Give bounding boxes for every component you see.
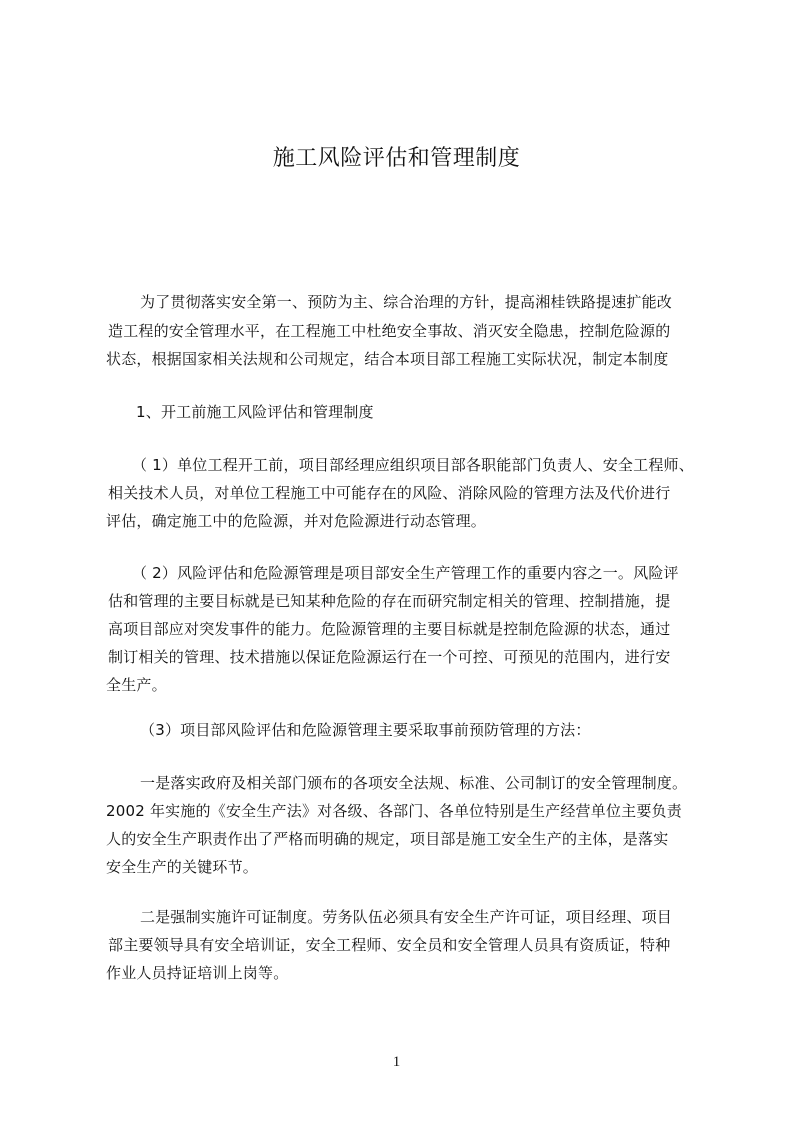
text-line: 二是强制实施许可证制度。劳务队伍必须具有安全生产许可证，项目经理、项目: [140, 906, 672, 927]
text-line: 为了贯彻落实安全第一、预防为主、综合治理的方针，提高湘桂铁路提速扩能改: [140, 291, 672, 312]
text-line: 状态，根据国家相关法规和公司规定，结合本项目部工程施工实际状况，制定本制度: [106, 348, 668, 369]
text-line: 人的安全生产职责作出了严格而明确的规定，项目部是施工安全生产的主体，是落实: [106, 828, 668, 849]
text-line: 安全生产的关键环节。: [106, 856, 258, 877]
text-line: 一是落实政府及相关部门颁布的各项安全法规、标准、公司制订的安全管理制度。: [140, 772, 687, 793]
text-line: 高项目部应对突发事件的能力。危险源管理的主要目标就是控制危险源的状态，通过: [108, 618, 670, 639]
text-line: （ 2）风险评估和危险源管理是项目部安全生产管理工作的重要内容之一。风险评: [132, 562, 679, 583]
text-line: 部主要领导具有安全培训证，安全工程师、安全员和安全管理人员具有资质证，特种: [108, 934, 670, 955]
document-page: 施工风险评估和管理制度 为了贯彻落实安全第一、预防为主、综合治理的方针，提高湘桂…: [0, 0, 793, 1122]
text-line: （3）项目部风险评估和危险源管理主要采取事前预防管理的方法：: [140, 719, 591, 740]
section-heading-text: 1、开工前施工风险评估和管理制度: [136, 401, 374, 422]
text-line: （ 1）单位工程开工前，项目部经理应组织项目部各职能部门负责人、安全工程师、: [132, 454, 694, 475]
text-line: 相关技术人员，对单位工程施工中可能存在的风险、消除风险的管理方法及代价进行: [108, 482, 670, 503]
text-line: 造工程的安全管理水平，在工程施工中杜绝安全事故、消灭安全隐患，控制危险源的: [108, 320, 670, 341]
text-line: 评估，确定施工中的危险源，并对危险源进行动态管理。: [106, 510, 486, 531]
text-line: 2002 年实施的《安全生产法》对各级、各部门、各单位特别是生产经营单位主要负责: [106, 800, 682, 821]
text-line: 估和管理的主要目标就是已知某种危险的存在而研究制定相关的管理、控制措施，提: [108, 590, 670, 611]
page-number: 1: [0, 1054, 793, 1071]
text-line: 全生产。: [106, 674, 167, 695]
text-line: 制订相关的管理、技术措施以保证危险源运行在一个可控、可预见的范围内，进行安: [108, 646, 670, 667]
document-title: 施工风险评估和管理制度: [0, 141, 793, 172]
text-line: 作业人员持证培训上岗等。: [106, 962, 288, 983]
